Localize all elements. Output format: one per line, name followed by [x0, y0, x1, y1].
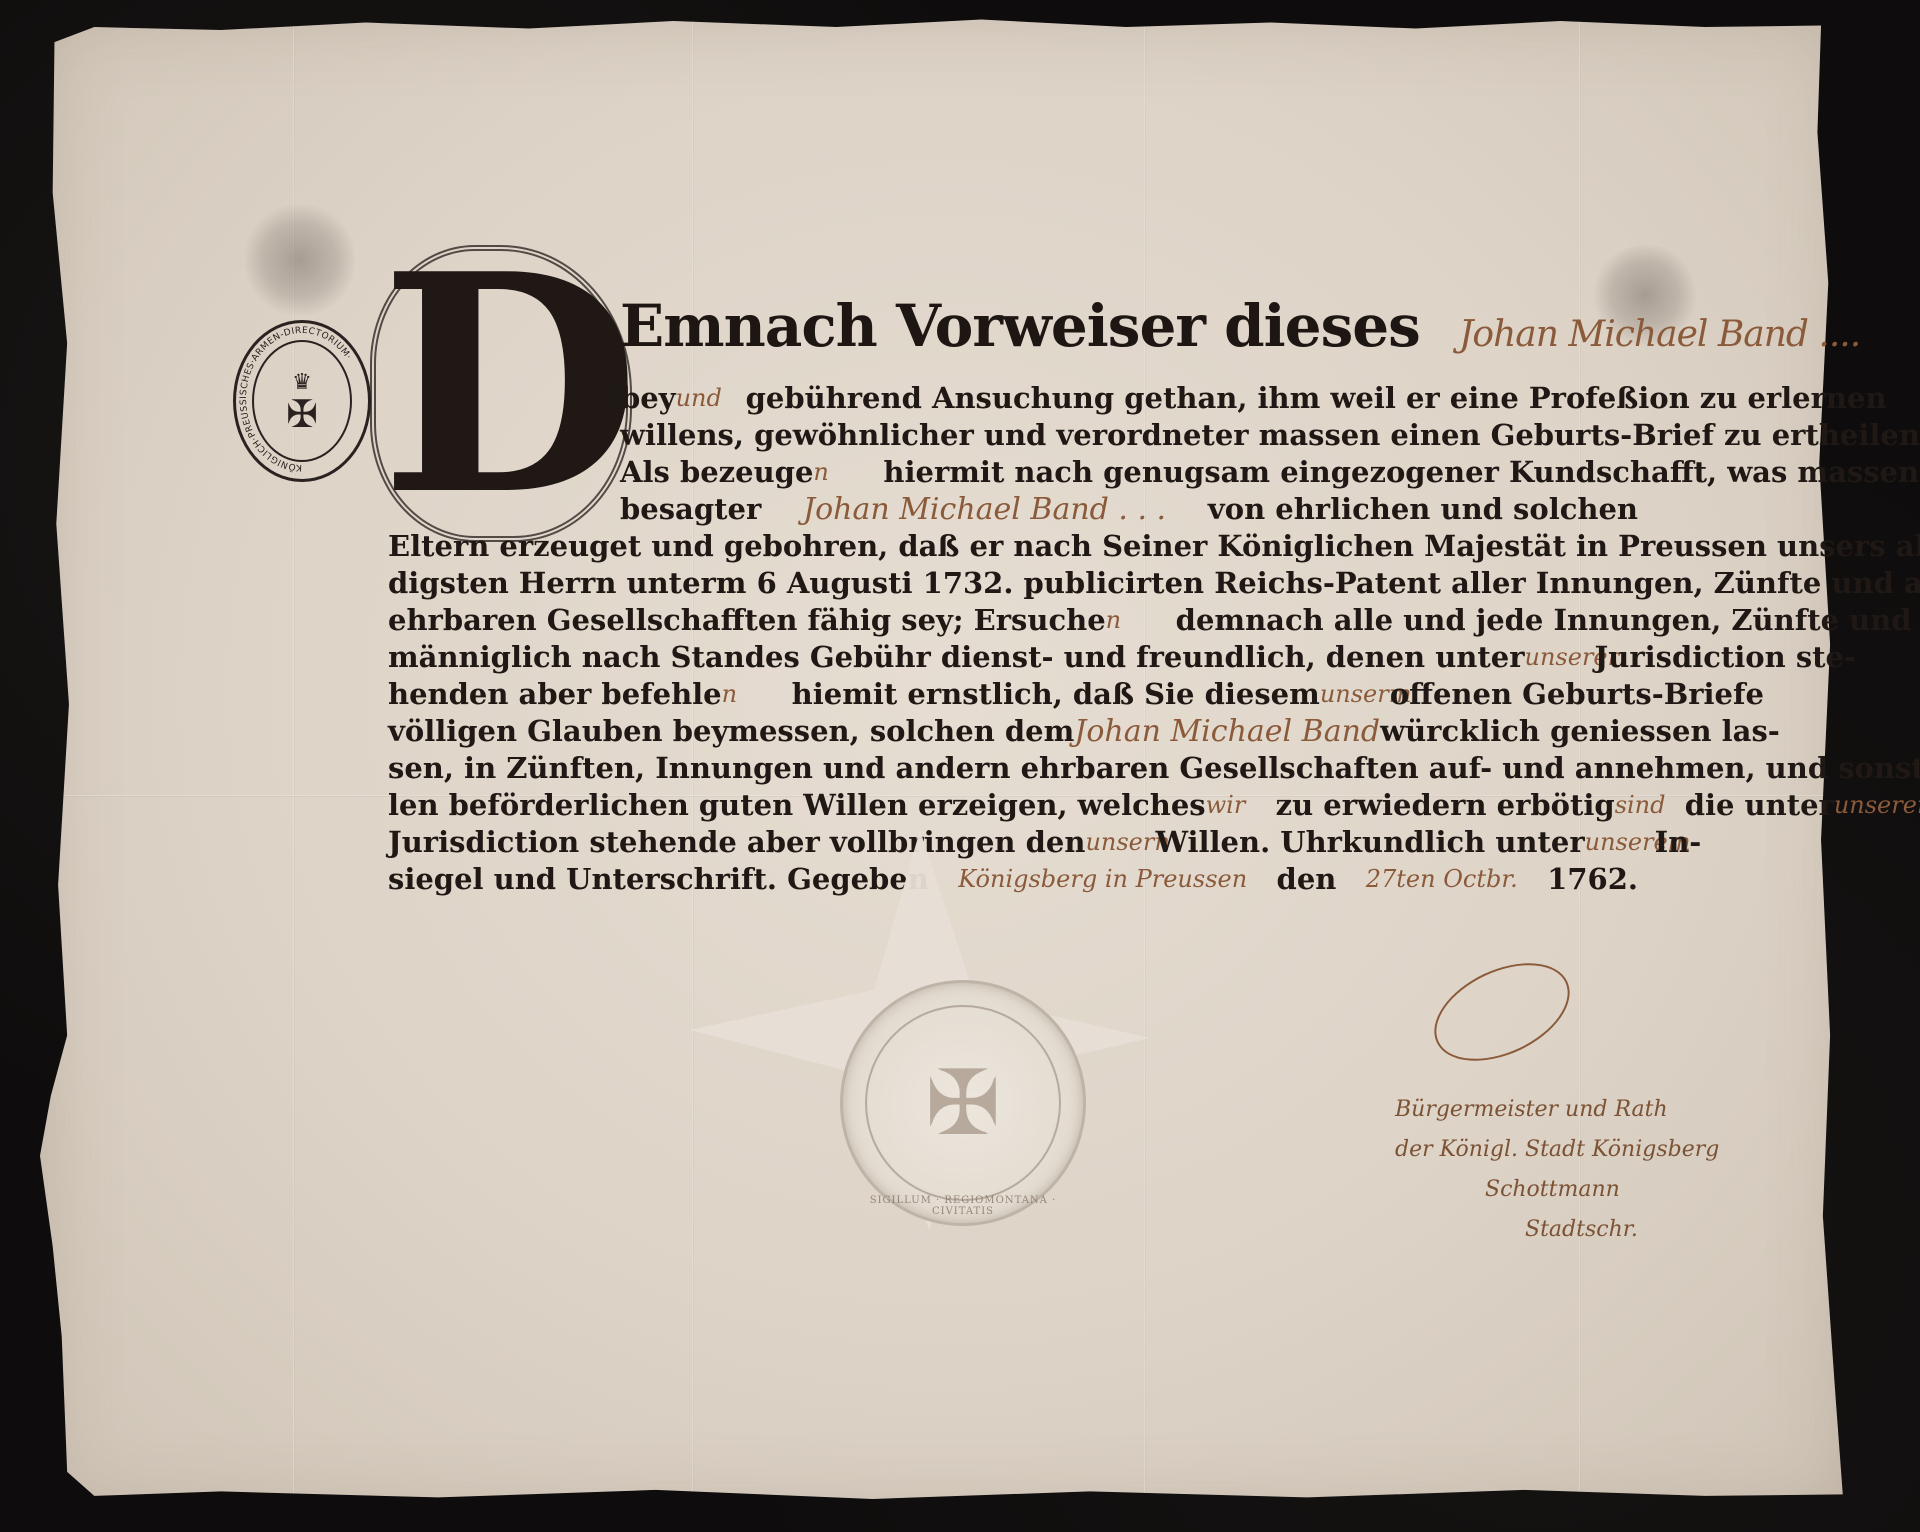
signature-line: Bürgermeister und Rath: [1395, 1090, 1835, 1130]
signature-block: Bürgermeister und Rath der Königl. Stadt…: [1395, 1090, 1835, 1250]
signature-name: Schottmann: [1395, 1170, 1835, 1210]
text-line: Eltern erzeuget und gebohren, daß er nac…: [388, 528, 1638, 565]
text-line: Als bezeuge n hiermit nach genugsam eing…: [388, 454, 1638, 491]
document-body: bey und gebührend Ansuchung gethan, ihm …: [388, 380, 1638, 898]
crowned-eagle-icon: ✠: [843, 983, 1083, 1223]
signature-title: Stadtschr.: [1395, 1210, 1835, 1250]
text-line: besagter Johan Michael Band . . . von eh…: [388, 491, 1638, 528]
signature-line: der Königl. Stadt Königsberg: [1395, 1130, 1835, 1170]
text-line: männiglich nach Standes Gebühr dienst- u…: [388, 639, 1638, 676]
svg-text:KÖNIGLICH·PREUSSISCHES·ARMEN-D: KÖNIGLICH·PREUSSISCHES·ARMEN-DIRECTORIUM…: [239, 326, 353, 473]
text-line: bey und gebührend Ansuchung gethan, ihm …: [388, 380, 1638, 417]
text-line: ehrbaren Gesellschafften fähig sey; Ersu…: [388, 602, 1638, 639]
heading-printed: Emnach Vorweiser dieses: [620, 292, 1420, 360]
seal-legend: SIGILLUM · REGIOMONTANA · CIVITATIS: [843, 1195, 1083, 1217]
text-line: henden aber befehle n hiemit ernstlich, …: [388, 676, 1638, 713]
text-line: Jurisdiction stehende aber vollbringen d…: [388, 824, 1638, 861]
text-line: willens, gewöhnlicher und verordneter ma…: [388, 417, 1638, 454]
text-line: len beförderlichen guten Willen erzeigen…: [388, 787, 1638, 824]
armen-directorium-stamp: ♛ ✠ KÖNIGLICH·PREUSSISCHES·ARMEN-DIRECTO…: [233, 320, 371, 482]
heading-handwritten-name: Johan Michael Band ....: [1459, 314, 1860, 355]
embossed-city-seal: ✠ SIGILLUM · REGIOMONTANA · CIVITATIS: [840, 980, 1086, 1226]
text-line: völligen Glauben beymessen, solchen dem …: [388, 713, 1638, 750]
stamp-legend: KÖNIGLICH·PREUSSISCHES·ARMEN-DIRECTORIUM…: [236, 323, 368, 479]
document-heading: Emnach Vorweiser dieses Johan Michael Ba…: [620, 292, 1860, 360]
text-line: sen, in Zünften, Innungen und andern ehr…: [388, 750, 1638, 787]
text-line: siegel und Unterschrift. Gegeben Königsb…: [388, 861, 1638, 898]
faint-eagle-stamp-icon: [245, 200, 355, 320]
text-line: digsten Herrn unterm 6 Augusti 1732. pub…: [388, 565, 1638, 602]
